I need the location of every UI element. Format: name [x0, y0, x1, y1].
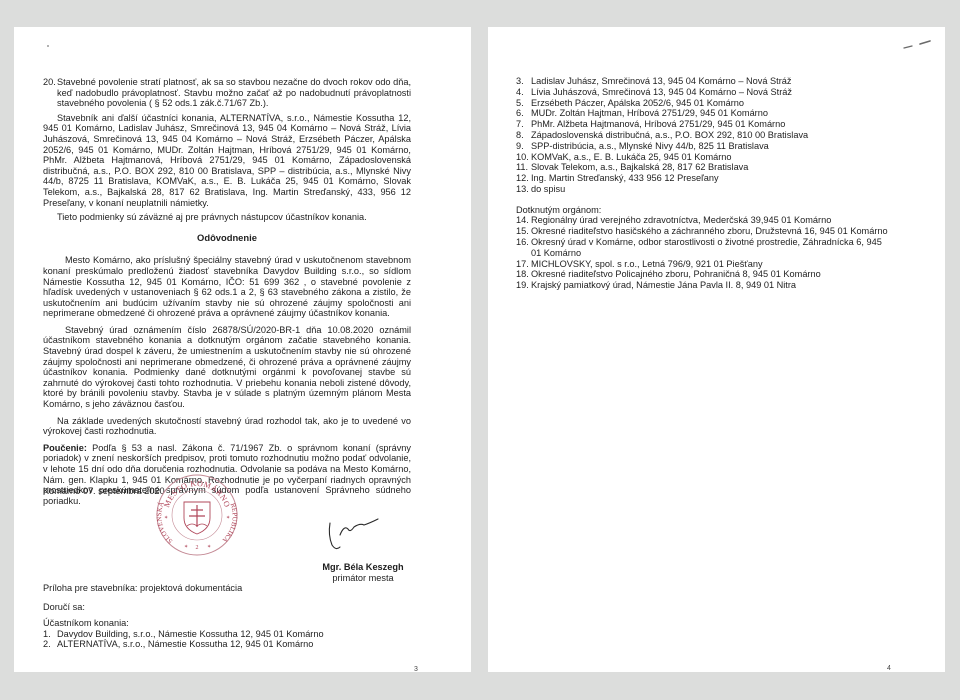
binding-paragraph: Tieto podmienky sú záväzné aj pre právny…: [43, 212, 411, 223]
list-item-text: PhMr. Alžbeta Hajtmanová, Hríbová 2751/2…: [531, 119, 888, 130]
list-item: 12.Ing. Martin Streďanský, 433 956 12 Pr…: [516, 173, 888, 184]
list-item-number: 3.: [516, 76, 531, 87]
attachment-note: Príloha pre stavebníka: projektová dokum…: [43, 583, 423, 594]
list-item: 4.Lívia Juhászová, Smrečinová 13, 945 04…: [516, 87, 888, 98]
list-item: 13.do spisu: [516, 184, 888, 195]
svg-text:✶: ✶: [164, 515, 168, 521]
svg-text:✶: ✶: [226, 515, 230, 521]
list-item: 8.Západoslovenská distribučná, a.s., P.O…: [516, 130, 888, 141]
list-item: 9.SPP-distribúcia, a.s., Mlynské Nivy 44…: [516, 141, 888, 152]
signatory: Mgr. Béla Keszegh primátor mesta: [318, 562, 408, 584]
list-item-number: 10.: [516, 152, 531, 163]
list-item-text: Okresný úrad v Komárne, odbor starostliv…: [531, 237, 888, 259]
official-stamp-icon: MESTO KOMÁRNO SLOVENSKÁ REPUBLIKA 2 ✶ ✶ …: [154, 472, 240, 558]
list-item: 6.MUDr. Zoltán Hajtman, Hríbová 2751/29,…: [516, 108, 888, 119]
list-item-number: 12.: [516, 173, 531, 184]
list-item-text: Okresné riaditeľstvo hasičského a záchra…: [531, 226, 888, 237]
list-item-text: Okresné riaditeľstvo Policajného zboru, …: [531, 269, 888, 280]
list-item-text: MUDr. Zoltán Hajtman, Hríbová 2751/29, 9…: [531, 108, 888, 119]
svg-text:SLOVENSKÁ: SLOVENSKÁ: [155, 501, 174, 545]
svg-text:✶: ✶: [207, 544, 211, 550]
signatory-name: Mgr. Béla Keszegh: [318, 562, 408, 573]
section-title-reasoning: Odôvodnenie: [43, 233, 411, 244]
authorities-list: 14.Regionálny úrad verejného zdravotníct…: [516, 215, 888, 291]
list-item-number: 15.: [516, 226, 531, 237]
reasoning-paragraph-2: Stavebný úrad oznámením číslo 26878/SÚ/2…: [43, 325, 411, 410]
scan-speck: [47, 45, 49, 47]
list-item-text: SPP-distribúcia, a.s., Mlynské Nivy 44/b…: [531, 141, 888, 152]
svg-text:✶: ✶: [184, 544, 188, 550]
list-item-number: 4.: [516, 87, 531, 98]
list-item-number: 1.: [43, 629, 57, 640]
objections-paragraph: Stavebník ani ďalší účastníci konania, A…: [43, 113, 411, 208]
list-item-text: do spisu: [531, 184, 888, 195]
list-item-text: Regionálny úrad verejného zdravotníctva,…: [531, 215, 888, 226]
scan-mark-icon: [898, 39, 938, 53]
list-item: 11.Slovak Telekom, a.s., Bajkalská 28, 8…: [516, 162, 888, 173]
authorities-label: Dotknutým orgánom:: [516, 205, 888, 216]
reasoning-paragraph-3: Na základe uvedených skutočností stavebn…: [43, 416, 411, 437]
list-item-number: 8.: [516, 130, 531, 141]
list-item-number: 17.: [516, 259, 531, 270]
list-item-text: Slovak Telekom, a.s., Bajkalská 28, 817 …: [531, 162, 888, 173]
list-item-number: 5.: [516, 98, 531, 109]
list-item-number: 18.: [516, 269, 531, 280]
participants-list: 1.Davydov Building, s.r.o., Námestie Kos…: [43, 629, 423, 650]
list-item-text: Ing. Martin Streďanský, 433 956 12 Prese…: [531, 173, 888, 184]
list-item: 18.Okresné riaditeľstvo Policajného zbor…: [516, 269, 888, 280]
list-item: 14.Regionálny úrad verejného zdravotníct…: [516, 215, 888, 226]
page-3-body: 20. Stavebné povolenie stratí platnosť, …: [43, 77, 411, 506]
list-item: 16.Okresný úrad v Komárne, odbor starost…: [516, 237, 888, 259]
list-item: 1.Davydov Building, s.r.o., Námestie Kos…: [43, 629, 423, 640]
participants-label: Účastníkom konania:: [43, 618, 423, 629]
list-item: 3.Ladislav Juhász, Smrečinová 13, 945 04…: [516, 76, 888, 87]
reasoning-paragraph-1: Mesto Komárno, ako príslušný špeciálny s…: [43, 255, 411, 319]
list-item-number: 11.: [516, 162, 531, 173]
list-item-number: 16.: [516, 237, 531, 259]
page-number: 3: [414, 666, 418, 673]
list-item: 2.ALTERNATÍVA, s.r.o., Námestie Kossutha…: [43, 639, 423, 650]
list-item-text: Krajský pamiatkový úrad, Námestie Jána P…: [531, 280, 888, 291]
list-item: 15.Okresné riaditeľstvo hasičského a zác…: [516, 226, 888, 237]
list-item-text: Davydov Building, s.r.o., Námestie Kossu…: [57, 629, 423, 640]
list-item-text: KOMVaK, a.s., E. B. Lukáča 25, 945 01 Ko…: [531, 152, 888, 163]
stamp-text-left: SLOVENSKÁ: [155, 501, 174, 545]
condition-text: Stavebné povolenie stratí platnosť, ak s…: [57, 77, 411, 109]
document-page-3: 20. Stavebné povolenie stratí platnosť, …: [14, 27, 471, 672]
condition-item-20: 20. Stavebné povolenie stratí platnosť, …: [43, 77, 411, 109]
list-item-number: 13.: [516, 184, 531, 195]
list-item: 5.Erzsébeth Páczer, Apálska 2052/6, 945 …: [516, 98, 888, 109]
list-item-number: 6.: [516, 108, 531, 119]
list-item-text: Erzsébeth Páczer, Apálska 2052/6, 945 01…: [531, 98, 888, 109]
delivery-section: Príloha pre stavebníka: projektová dokum…: [43, 583, 423, 650]
list-item: 17.MICHLOVSKY, spol. s r.o., Letná 796/9…: [516, 259, 888, 270]
list-item-text: MICHLOVSKY, spol. s r.o., Letná 796/9, 9…: [531, 259, 888, 270]
list-item-text: Ladislav Juhász, Smrečinová 13, 945 04 K…: [531, 76, 888, 87]
deliver-to-label: Doručí sa:: [43, 602, 423, 613]
stamp-number: 2: [196, 545, 199, 551]
document-page-4: 3.Ladislav Juhász, Smrečinová 13, 945 04…: [488, 27, 945, 672]
list-item-number: 14.: [516, 215, 531, 226]
list-item-text: ALTERNATÍVA, s.r.o., Námestie Kossutha 1…: [57, 639, 423, 650]
list-item-text: Západoslovenská distribučná, a.s., P.O. …: [531, 130, 888, 141]
list-item-number: 2.: [43, 639, 57, 650]
list-item-number: 7.: [516, 119, 531, 130]
signature-icon: [326, 517, 381, 557]
list-item-text: Lívia Juhászová, Smrečinová 13, 945 04 K…: [531, 87, 888, 98]
page-4-body: 3.Ladislav Juhász, Smrečinová 13, 945 04…: [516, 76, 888, 291]
list-item: 19.Krajský pamiatkový úrad, Námestie Ján…: [516, 280, 888, 291]
page-number: 4: [887, 665, 891, 672]
participants-list-continued: 3.Ladislav Juhász, Smrečinová 13, 945 04…: [516, 76, 888, 195]
condition-number: 20.: [43, 77, 57, 109]
list-item: 7.PhMr. Alžbeta Hajtmanová, Hríbová 2751…: [516, 119, 888, 130]
list-item-number: 9.: [516, 141, 531, 152]
instruction-label: Poučenie:: [43, 443, 87, 453]
list-item-number: 19.: [516, 280, 531, 291]
list-item: 10.KOMVaK, a.s., E. B. Lukáča 25, 945 01…: [516, 152, 888, 163]
